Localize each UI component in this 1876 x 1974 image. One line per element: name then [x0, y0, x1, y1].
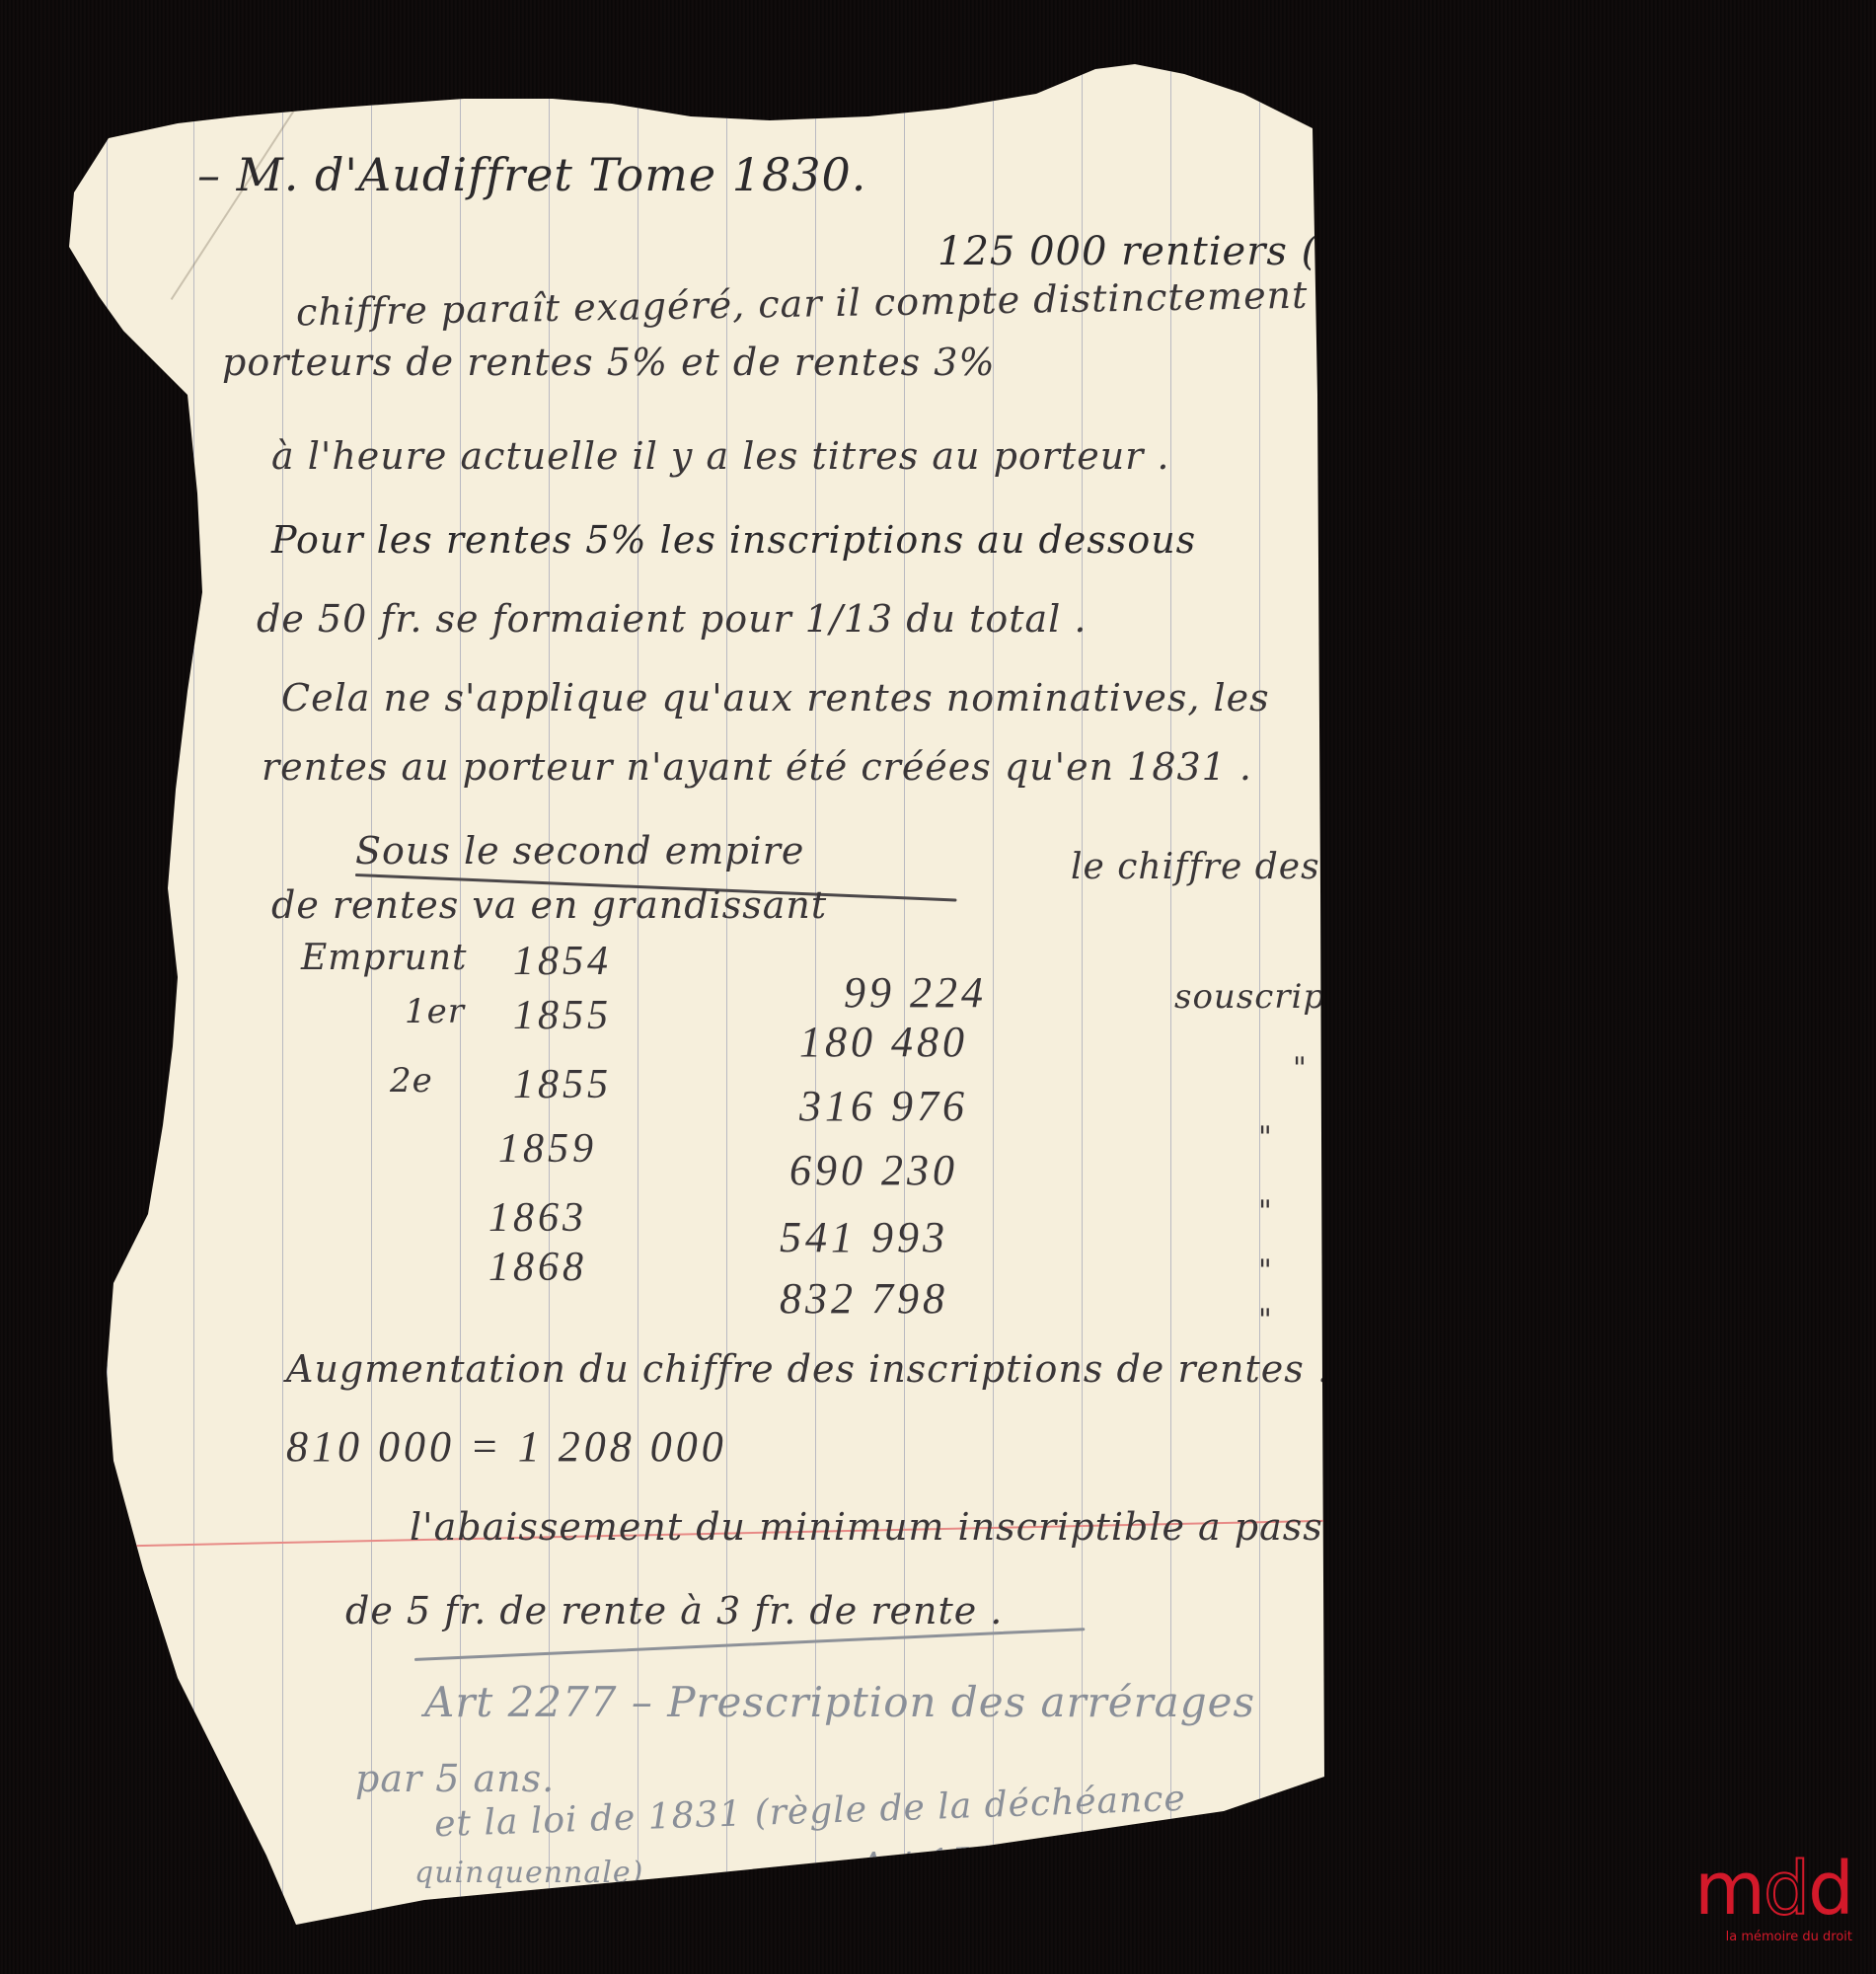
text-line: Pour les rentes 5% les inscriptions au d…	[271, 518, 1196, 562]
row-year: 1868	[488, 1244, 587, 1291]
paper-rule	[193, 0, 194, 1974]
row-value: 180 480	[799, 1017, 968, 1067]
paper-rule	[282, 0, 283, 1974]
pencil-note: Art 2277 – Prescription des arrérages	[424, 1678, 1255, 1726]
row-value: 316 976	[799, 1081, 968, 1131]
row-value: 541 993	[780, 1212, 948, 1262]
row-note: "	[1258, 1253, 1273, 1288]
row-year: 1859	[498, 1125, 597, 1173]
text-line: Augmentation du chiffre des inscriptions…	[286, 1347, 1330, 1391]
row-value: 832 798	[780, 1273, 948, 1324]
row-value: 690 230	[789, 1145, 958, 1195]
logo-tagline: la mémoire du droit	[1694, 1930, 1852, 1944]
row-label: 1er	[405, 992, 465, 1031]
pencil-note: par 5 ans.	[355, 1757, 555, 1800]
row-label: 2e	[390, 1061, 433, 1101]
logo-mark: mdd	[1694, 1853, 1852, 1926]
text-line: Cela ne s'applique qu'aux rentes nominat…	[281, 676, 1270, 720]
heading-line: – M. d'Audiffret Tome 1830.	[197, 148, 866, 201]
row-note: "	[1258, 1120, 1273, 1155]
row-year: 1855	[513, 1061, 612, 1108]
text-line: de 5 fr. de rente à 3 fr. de rente .	[345, 1589, 1003, 1632]
row-note: "	[1258, 1303, 1273, 1337]
row-note: "	[1258, 1194, 1273, 1229]
text-line: de rentes va en grandissant	[271, 883, 827, 927]
row-year: 1863	[488, 1194, 587, 1242]
text-line: chiffre paraît exagéré, car il compte di…	[296, 271, 1378, 334]
text-line: 125 000 rentiers (ce	[938, 229, 1365, 274]
row-label: Emprunt	[301, 938, 468, 978]
fold-crease	[171, 109, 296, 300]
text-line: rentes au porteur n'ayant été créées qu'…	[262, 745, 1252, 789]
text-line: de 50 fr. se formaient pour 1/13 du tota…	[257, 597, 1087, 641]
row-year: 1854	[513, 938, 612, 985]
row-note: "	[1293, 1051, 1308, 1086]
equation-line: 810 000 = 1 208 000	[286, 1421, 727, 1472]
mdd-logo: mdd la mémoire du droit	[1694, 1853, 1852, 1944]
text-line: à l'heure actuelle il y a les titres au …	[271, 434, 1170, 478]
text-line: l'abaissement du minimum inscriptible a …	[410, 1505, 1346, 1549]
row-year: 1855	[513, 992, 612, 1039]
row-value: 99 224	[844, 967, 987, 1018]
text-line: porteurs de rentes 5% et de rentes 3%	[222, 341, 996, 384]
text-line-underlined: Sous le second empire	[355, 829, 804, 873]
pencil-rule	[414, 1628, 1085, 1661]
